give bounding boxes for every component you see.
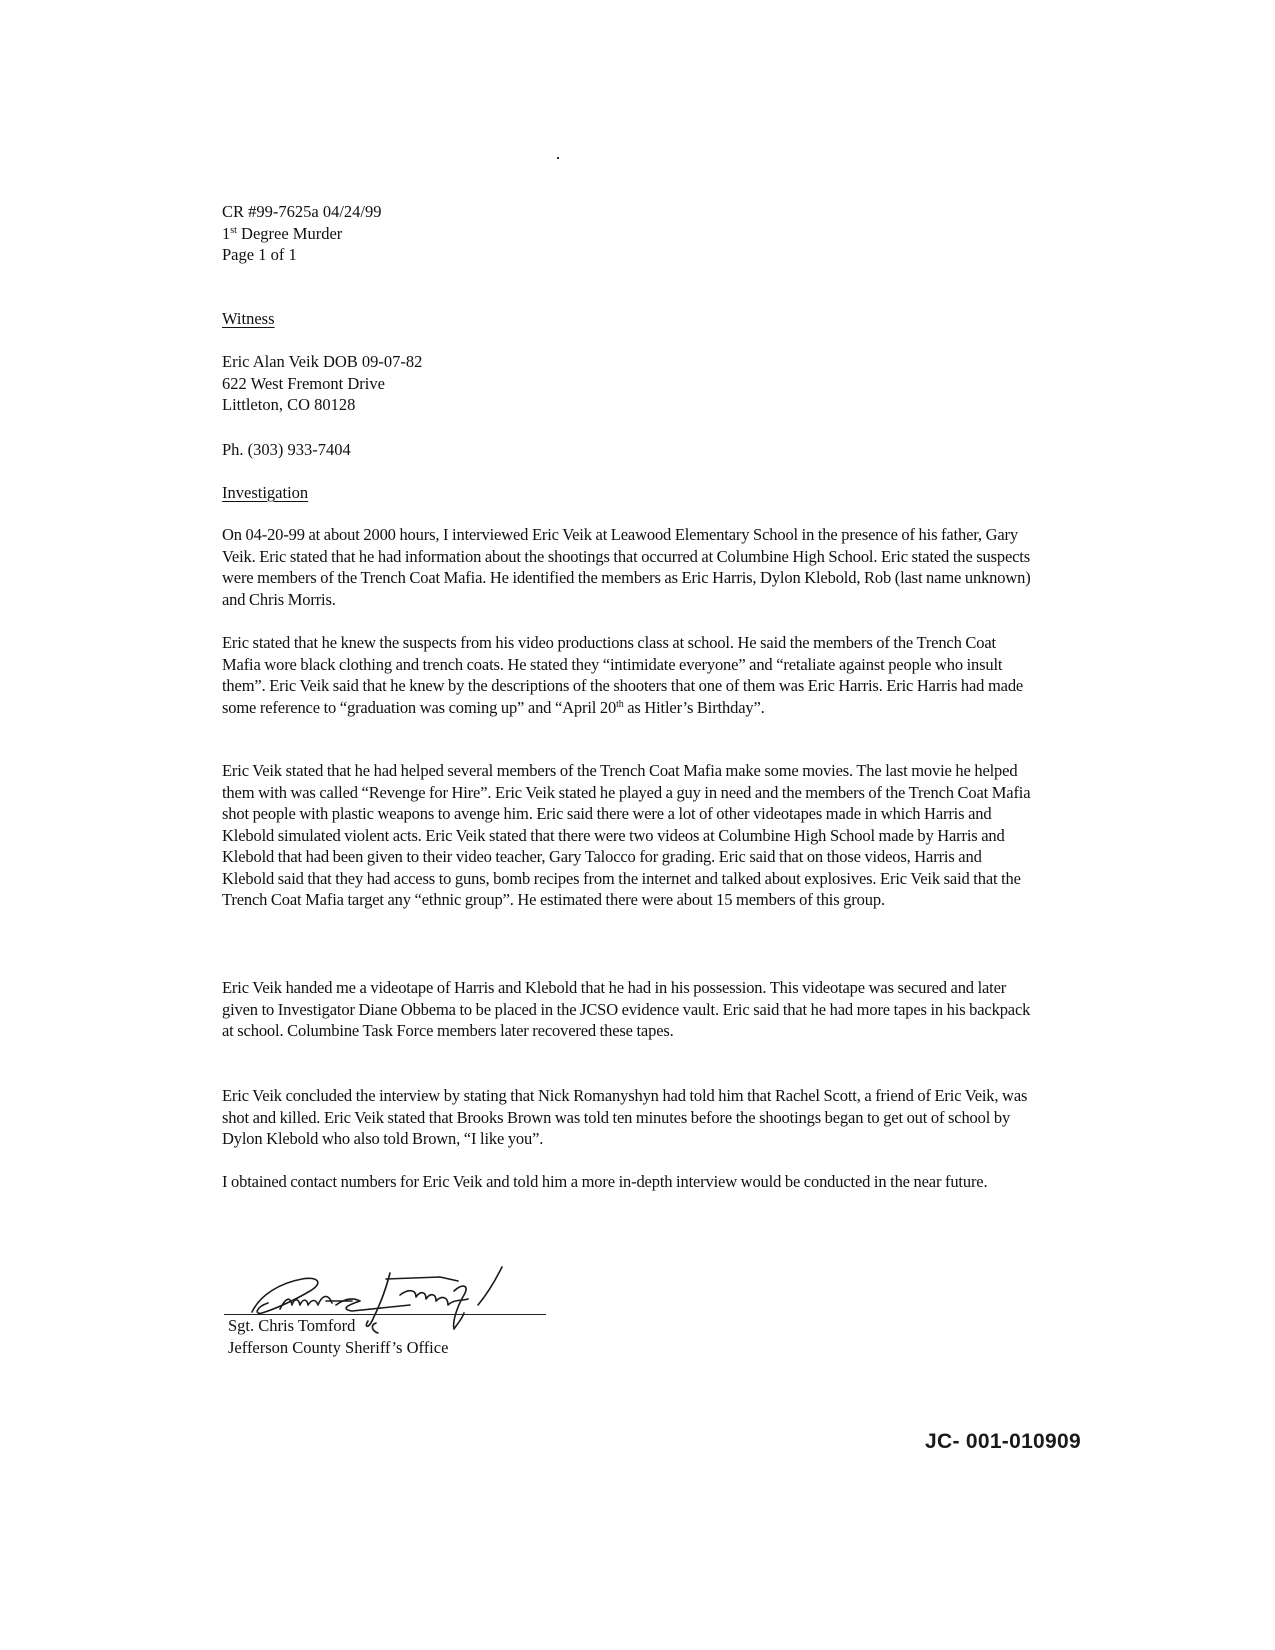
charge-line: 1st Degree Murder (222, 223, 382, 245)
investigation-paragraph-4: Eric Veik handed me a videotape of Harri… (222, 977, 1032, 1042)
investigation-paragraph-1: On 04-20-99 at about 2000 hours, I inter… (222, 524, 1032, 610)
witness-address-line1: 622 West Fremont Drive (222, 373, 422, 395)
case-number-line: CR #99-7625a 04/24/99 (222, 201, 382, 223)
witness-heading: Witness (222, 308, 275, 330)
scan-speck (557, 157, 559, 159)
witness-name-dob: Eric Alan Veik DOB 09-07-82 (222, 351, 422, 373)
investigation-paragraph-2: Eric stated that he knew the suspects fr… (222, 632, 1032, 718)
document-page: CR #99-7625a 04/24/99 1st Degree Murder … (0, 0, 1275, 1650)
witness-address-line2: Littleton, CO 80128 (222, 394, 422, 416)
signer-agency: Jefferson County Sheriff’s Office (228, 1337, 448, 1359)
page-indicator: Page 1 of 1 (222, 244, 382, 266)
witness-info: Eric Alan Veik DOB 09-07-82 622 West Fre… (222, 351, 422, 416)
signer-name: Sgt. Chris Tomford (228, 1315, 448, 1337)
investigation-paragraph-3: Eric Veik stated that he had helped seve… (222, 760, 1032, 911)
investigation-paragraph-5: Eric Veik concluded the interview by sta… (222, 1085, 1032, 1150)
investigation-paragraph-6: I obtained contact numbers for Eric Veik… (222, 1171, 1032, 1193)
signature-block: Sgt. Chris Tomford Jefferson County Sher… (228, 1315, 448, 1359)
report-header: CR #99-7625a 04/24/99 1st Degree Murder … (222, 201, 382, 266)
investigation-heading: Investigation (222, 482, 308, 504)
bates-number: JC- 001-010909 (925, 1430, 1081, 1454)
witness-phone: Ph. (303) 933-7404 (222, 439, 351, 461)
